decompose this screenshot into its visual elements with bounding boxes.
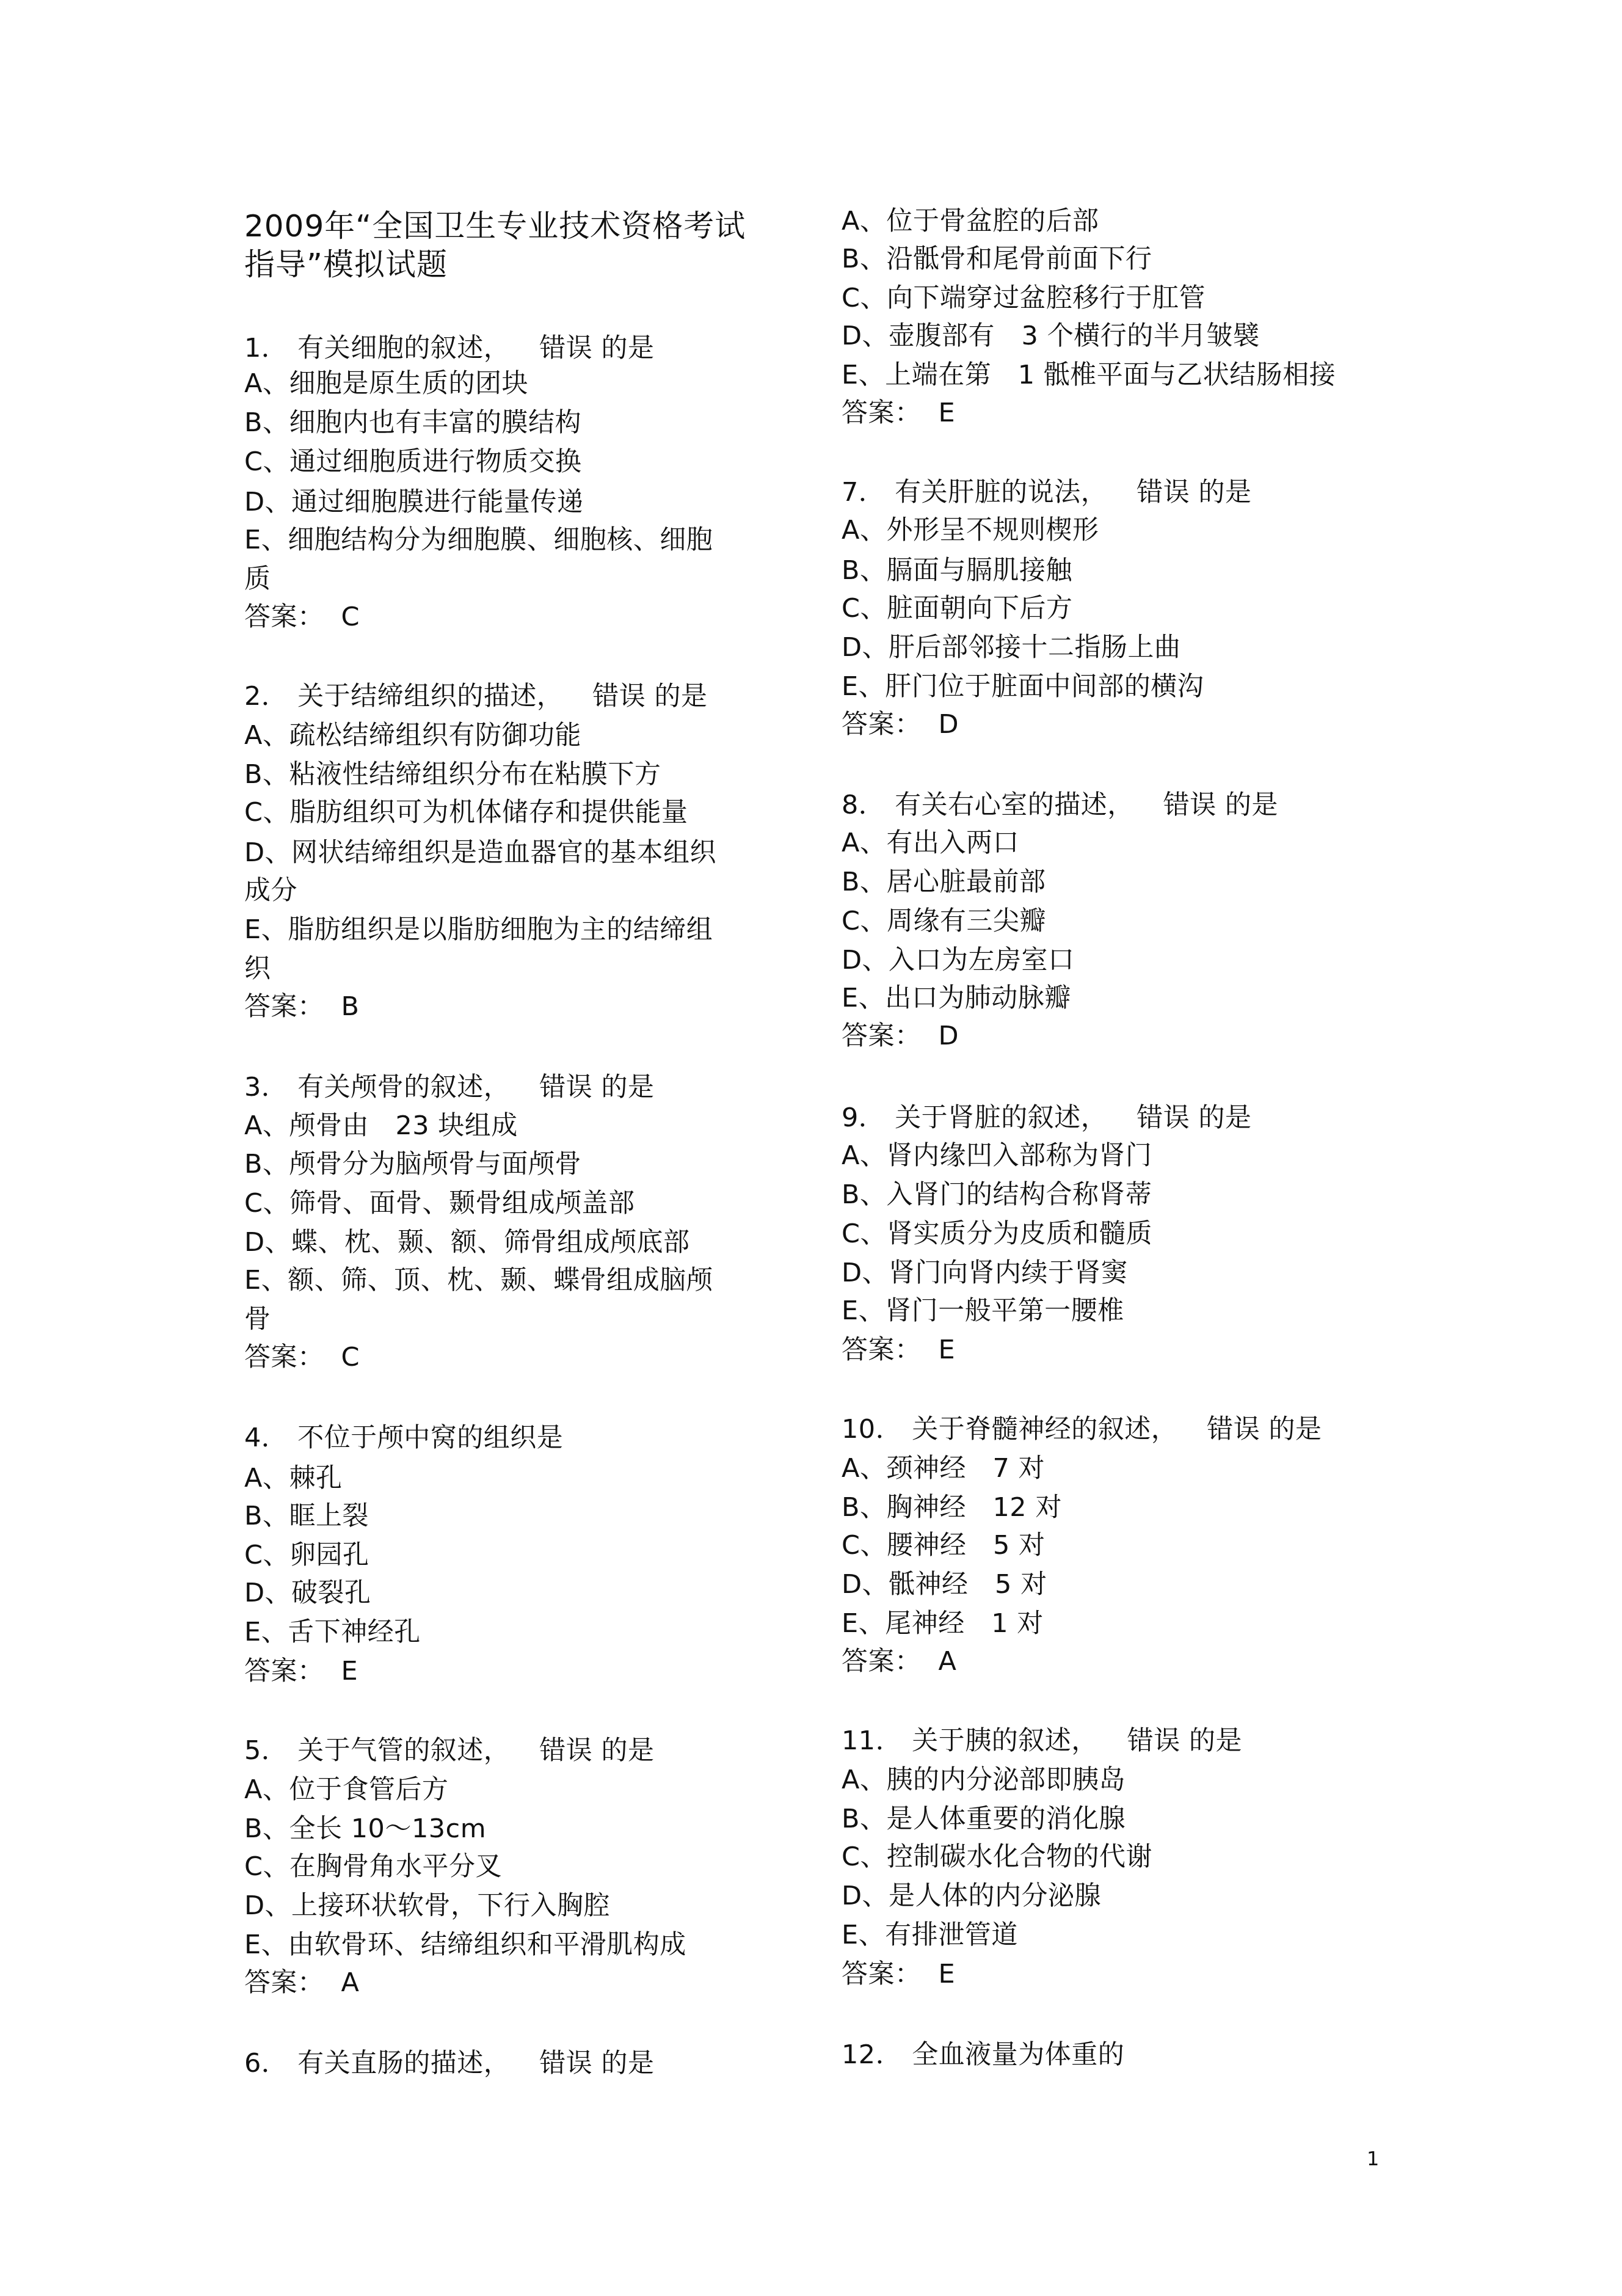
question-text: 关于胰的叙述，	[912, 1726, 1098, 1756]
error-word: 错误	[1136, 477, 1190, 508]
question-5-option-a: A、位于食管后方	[244, 1773, 448, 1807]
question-2-option-d: D、网状结缔组织是造血器官的基本组织	[244, 836, 716, 870]
question-2-option-c: C、脂肪组织可为机体储存和提供能量	[244, 795, 688, 829]
question-4-option-c: C、卵园孔	[244, 1538, 369, 1572]
question-2-option-b: B、粘液性结缔组织分布在粘膜下方	[244, 757, 661, 792]
question-10-option-e: E、尾神经 1 对	[842, 1606, 1044, 1641]
question-number: 10．	[842, 1414, 902, 1445]
error-word: 错误	[539, 333, 592, 363]
question-6-option-d: D、壶腹部有 3 个横行的半月皱襞	[842, 319, 1260, 353]
question-10-option-a: A、颈神经 7 对	[842, 1451, 1045, 1485]
question-3-answer: 答案：C	[244, 1340, 360, 1374]
question-7-option-d: D、肝后部邻接十二指肠上曲	[842, 630, 1181, 665]
answer-value: C	[341, 1342, 360, 1372]
question-number: 12．	[842, 2039, 902, 2070]
answer-label: 答案：	[842, 1335, 922, 1365]
answer-label: 答案：	[244, 1342, 324, 1372]
error-suffix: 的是	[602, 1735, 655, 1766]
error-word: 错误	[539, 1735, 592, 1766]
question-10-answer: 答案：A	[842, 1644, 956, 1678]
question-10-option-c: C、腰神经 5 对	[842, 1528, 1046, 1562]
question-10-option-b: B、胸神经 12 对	[842, 1490, 1062, 1525]
answer-value: E	[939, 1959, 956, 1989]
error-word: 错误	[539, 1072, 592, 1102]
question-12-stem: 12．全血液量为体重的	[842, 2038, 1124, 2072]
question-8-option-c: C、周缘有三尖瓣	[842, 904, 1046, 938]
question-7-option-b: B、膈面与膈肌接触	[842, 553, 1072, 588]
question-text: 有关肝脏的说法，	[895, 477, 1107, 508]
question-1-answer: 答案：C	[244, 600, 360, 634]
question-3-option-d: D、蝶、枕、颞、额、筛骨组成颅底部	[244, 1225, 690, 1259]
question-text: 关于肾脏的叙述，	[895, 1102, 1107, 1133]
error-suffix: 的是	[602, 333, 655, 363]
question-9-option-c: C、肾实质分为皮质和髓质	[842, 1217, 1152, 1251]
question-number: 1．	[244, 333, 288, 363]
question-5-answer: 答案：A	[244, 1966, 359, 2000]
question-10-stem: 10．关于脊髓神经的叙述，错误 的是	[842, 1412, 1322, 1446]
answer-label: 答案：	[244, 1656, 324, 1686]
error-suffix: 的是	[655, 681, 708, 712]
answer-value: E	[341, 1656, 358, 1686]
question-3-option-b: B、颅骨分为脑颅骨与面颅骨	[244, 1147, 581, 1181]
question-8-stem: 8．有关右心室的描述，错误 的是	[842, 788, 1278, 822]
document-title-line-1: 2009年“全国卫生专业技术资格考试	[244, 206, 746, 246]
question-number: 5．	[244, 1735, 288, 1766]
question-number: 7．	[842, 477, 885, 508]
question-4-option-e: E、舌下神经孔	[244, 1615, 421, 1649]
answer-value: D	[939, 709, 959, 740]
answer-label: 答案：	[842, 1959, 922, 1989]
question-3-option-e: E、额、筛、顶、枕、颞、蝶骨组成脑颅	[244, 1263, 713, 1297]
question-7-option-e: E、肝门位于脏面中间部的横沟	[842, 669, 1204, 704]
question-3-stem: 3．有关颅骨的叙述，错误 的是	[244, 1070, 655, 1104]
question-7-option-c: C、脏面朝向下后方	[842, 591, 1073, 625]
error-word: 错误	[1163, 790, 1216, 820]
question-text: 不位于颅中窝的组织是	[297, 1423, 563, 1453]
question-6-option-b: B、沿骶骨和尾骨前面下行	[842, 242, 1152, 276]
question-8-option-e: E、出口为肺动脉瓣	[842, 981, 1071, 1015]
document-page: 2009年“全国卫生专业技术资格考试 指导”模拟试题 1．有关细胞的叙述，错误 …	[0, 0, 1622, 2296]
question-number: 8．	[842, 790, 885, 820]
question-11-option-b: B、是人体重要的消化腺	[842, 1802, 1126, 1836]
question-text: 有关颅骨的叙述，	[297, 1072, 510, 1102]
question-7-answer: 答案：D	[842, 707, 959, 742]
question-6-option-a: A、位于骨盆腔的后部	[842, 204, 1099, 238]
answer-label: 答案：	[244, 991, 324, 1022]
question-11-option-a: A、胰的内分泌部即胰岛	[842, 1763, 1126, 1797]
answer-value: E	[939, 398, 956, 428]
answer-value: C	[341, 602, 360, 632]
question-number: 11．	[842, 1726, 902, 1756]
question-2-option-a: A、疏松结缔组织有防御功能	[244, 718, 581, 753]
question-2-option-d-cont: 成分	[244, 873, 297, 908]
question-4-stem: 4．不位于颅中窝的组织是	[244, 1421, 563, 1455]
answer-label: 答案：	[842, 1646, 922, 1677]
question-number: 6．	[244, 2048, 288, 2079]
document-title-line-2: 指导”模拟试题	[244, 245, 448, 284]
answer-label: 答案：	[842, 398, 922, 428]
answer-label: 答案：	[842, 1021, 922, 1051]
question-9-answer: 答案：E	[842, 1333, 955, 1367]
question-5-stem: 5．关于气管的叙述，错误 的是	[244, 1733, 655, 1768]
question-1-option-d: D、通过细胞膜进行能量传递	[244, 485, 584, 519]
answer-label: 答案：	[244, 602, 324, 632]
question-2-answer: 答案：B	[244, 989, 360, 1024]
question-9-option-e: E、肾门一般平第一腰椎	[842, 1294, 1124, 1328]
question-11-option-c: C、控制碳水化合物的代谢	[842, 1840, 1152, 1874]
question-3-option-e-cont: 骨	[244, 1302, 271, 1336]
page-number: 1	[1367, 2146, 1379, 2171]
question-11-option-e: E、有排泄管道	[842, 1918, 1018, 1952]
question-5-option-d: D、上接环状软骨，下行入胸腔	[244, 1889, 610, 1923]
question-number: 9．	[842, 1102, 885, 1133]
answer-label: 答案：	[244, 1967, 324, 1998]
question-7-stem: 7．有关肝脏的说法，错误 的是	[842, 475, 1252, 509]
error-suffix: 的是	[1225, 790, 1278, 820]
question-1-option-e: E、细胞结构分为细胞膜、细胞核、细胞	[244, 523, 713, 557]
question-text: 有关右心室的描述，	[895, 790, 1134, 820]
answer-value: B	[341, 991, 360, 1022]
question-10-option-d: D、骶神经 5 对	[842, 1567, 1047, 1602]
question-8-answer: 答案：D	[842, 1019, 959, 1053]
answer-value: D	[939, 1021, 959, 1051]
error-suffix: 的是	[1268, 1414, 1322, 1445]
question-4-option-b: B、眶上裂	[244, 1499, 369, 1533]
question-7-option-a: A、外形呈不规则楔形	[842, 513, 1099, 547]
question-2-stem: 2．关于结缔组织的描述，错误 的是	[244, 679, 708, 713]
question-number: 3．	[244, 1072, 288, 1102]
question-8-option-a: A、有出入两口	[842, 826, 1019, 860]
question-text: 关于结缔组织的描述，	[297, 681, 563, 712]
question-6-answer: 答案：E	[842, 396, 955, 430]
question-5-option-c: C、在胸骨角水平分叉	[244, 1850, 502, 1884]
question-4-option-a: A、棘孔	[244, 1461, 342, 1495]
error-suffix: 的是	[1199, 1102, 1252, 1133]
error-word: 错误	[1127, 1726, 1180, 1756]
question-5-option-e: E、由软骨环、结缔组织和平滑肌构成	[244, 1928, 686, 1962]
question-1-option-e-cont: 质	[244, 562, 271, 596]
question-9-stem: 9．关于肾脏的叙述，错误 的是	[842, 1101, 1252, 1135]
question-number: 4．	[244, 1423, 288, 1453]
question-3-option-c: C、筛骨、面骨、颞骨组成颅盖部	[244, 1186, 635, 1220]
question-8-option-b: B、居心脏最前部	[842, 865, 1046, 899]
question-5-option-b: B、全长 10～13cm	[244, 1812, 486, 1846]
error-word: 错误	[592, 681, 646, 712]
answer-label: 答案：	[842, 709, 922, 740]
error-word: 错误	[1207, 1414, 1260, 1445]
question-text: 关于脊髓神经的叙述，	[912, 1414, 1177, 1445]
question-4-answer: 答案：E	[244, 1654, 358, 1688]
question-11-answer: 答案：E	[842, 1957, 955, 1991]
error-suffix: 的是	[602, 2048, 655, 2079]
error-word: 错误	[539, 2048, 592, 2079]
question-2-option-e-cont: 织	[244, 952, 271, 986]
question-9-option-b: B、入肾门的结构合称肾蒂	[842, 1178, 1152, 1212]
answer-value: A	[939, 1646, 957, 1677]
question-6-stem: 6．有关直肠的描述，错误 的是	[244, 2046, 655, 2080]
error-suffix: 的是	[602, 1072, 655, 1102]
question-6-option-c: C、向下端穿过盆腔移行于肛管	[842, 281, 1206, 315]
question-text: 有关细胞的叙述，	[297, 333, 510, 363]
question-text: 关于气管的叙述，	[297, 1735, 510, 1766]
question-9-option-a: A、肾内缘凹入部称为肾门	[842, 1139, 1152, 1173]
answer-value: E	[939, 1335, 956, 1365]
question-text: 有关直肠的描述，	[297, 2048, 510, 2079]
question-1-option-b: B、细胞内也有丰富的膜结构	[244, 406, 581, 440]
question-4-option-d: D、破裂孔	[244, 1576, 371, 1610]
question-6-option-e: E、上端在第 1 骶椎平面与乙状结肠相接	[842, 358, 1336, 392]
question-1-stem: 1．有关细胞的叙述，错误 的是	[244, 331, 655, 365]
question-1-option-a: A、细胞是原生质的团块	[244, 366, 528, 401]
question-1-option-c: C、通过细胞质进行物质交换	[244, 445, 582, 479]
error-suffix: 的是	[1189, 1726, 1242, 1756]
question-11-stem: 11．关于胰的叙述，错误 的是	[842, 1724, 1242, 1758]
question-3-option-a: A、颅骨由 23 块组成	[244, 1109, 518, 1143]
question-9-option-d: D、肾门向肾内续于肾窦	[842, 1256, 1128, 1290]
question-11-option-d: D、是人体的内分泌腺	[842, 1879, 1101, 1913]
error-suffix: 的是	[1199, 477, 1252, 508]
answer-value: A	[341, 1967, 360, 1998]
question-text: 全血液量为体重的	[912, 2039, 1124, 2070]
question-2-option-e: E、脂肪组织是以脂肪细胞为主的结缔组	[244, 913, 713, 947]
question-8-option-d: D、入口为左房室口	[842, 943, 1075, 977]
question-number: 2．	[244, 681, 288, 712]
error-word: 错误	[1136, 1102, 1190, 1133]
